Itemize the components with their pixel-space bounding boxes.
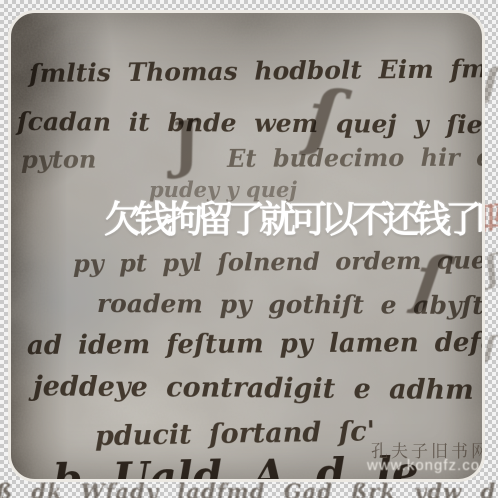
manuscript-line: pducit ſortand ſc' (95, 416, 376, 452)
screenshot-root: { "overlay": { "text": "欠钱拘留了就可以不还钱了吗" }… (0, 0, 498, 498)
watermark-site-url: www.kongfz.com (367, 457, 485, 474)
caption-overlay-text: 欠钱拘留了就可以不还钱了吗 (104, 189, 485, 243)
manuscript-photo-card: ſmltis Thomas hodbolt Eim fml ad joſpond… (8, 10, 485, 482)
manuscript-line: ad idem feſtum py lamen defend licet. ſe… (27, 325, 485, 361)
manuscript-line: pyton Et budecimo hir epnd y gothm it ad… (21, 140, 485, 174)
ghost-ink-mark: ʃ (483, 247, 498, 290)
